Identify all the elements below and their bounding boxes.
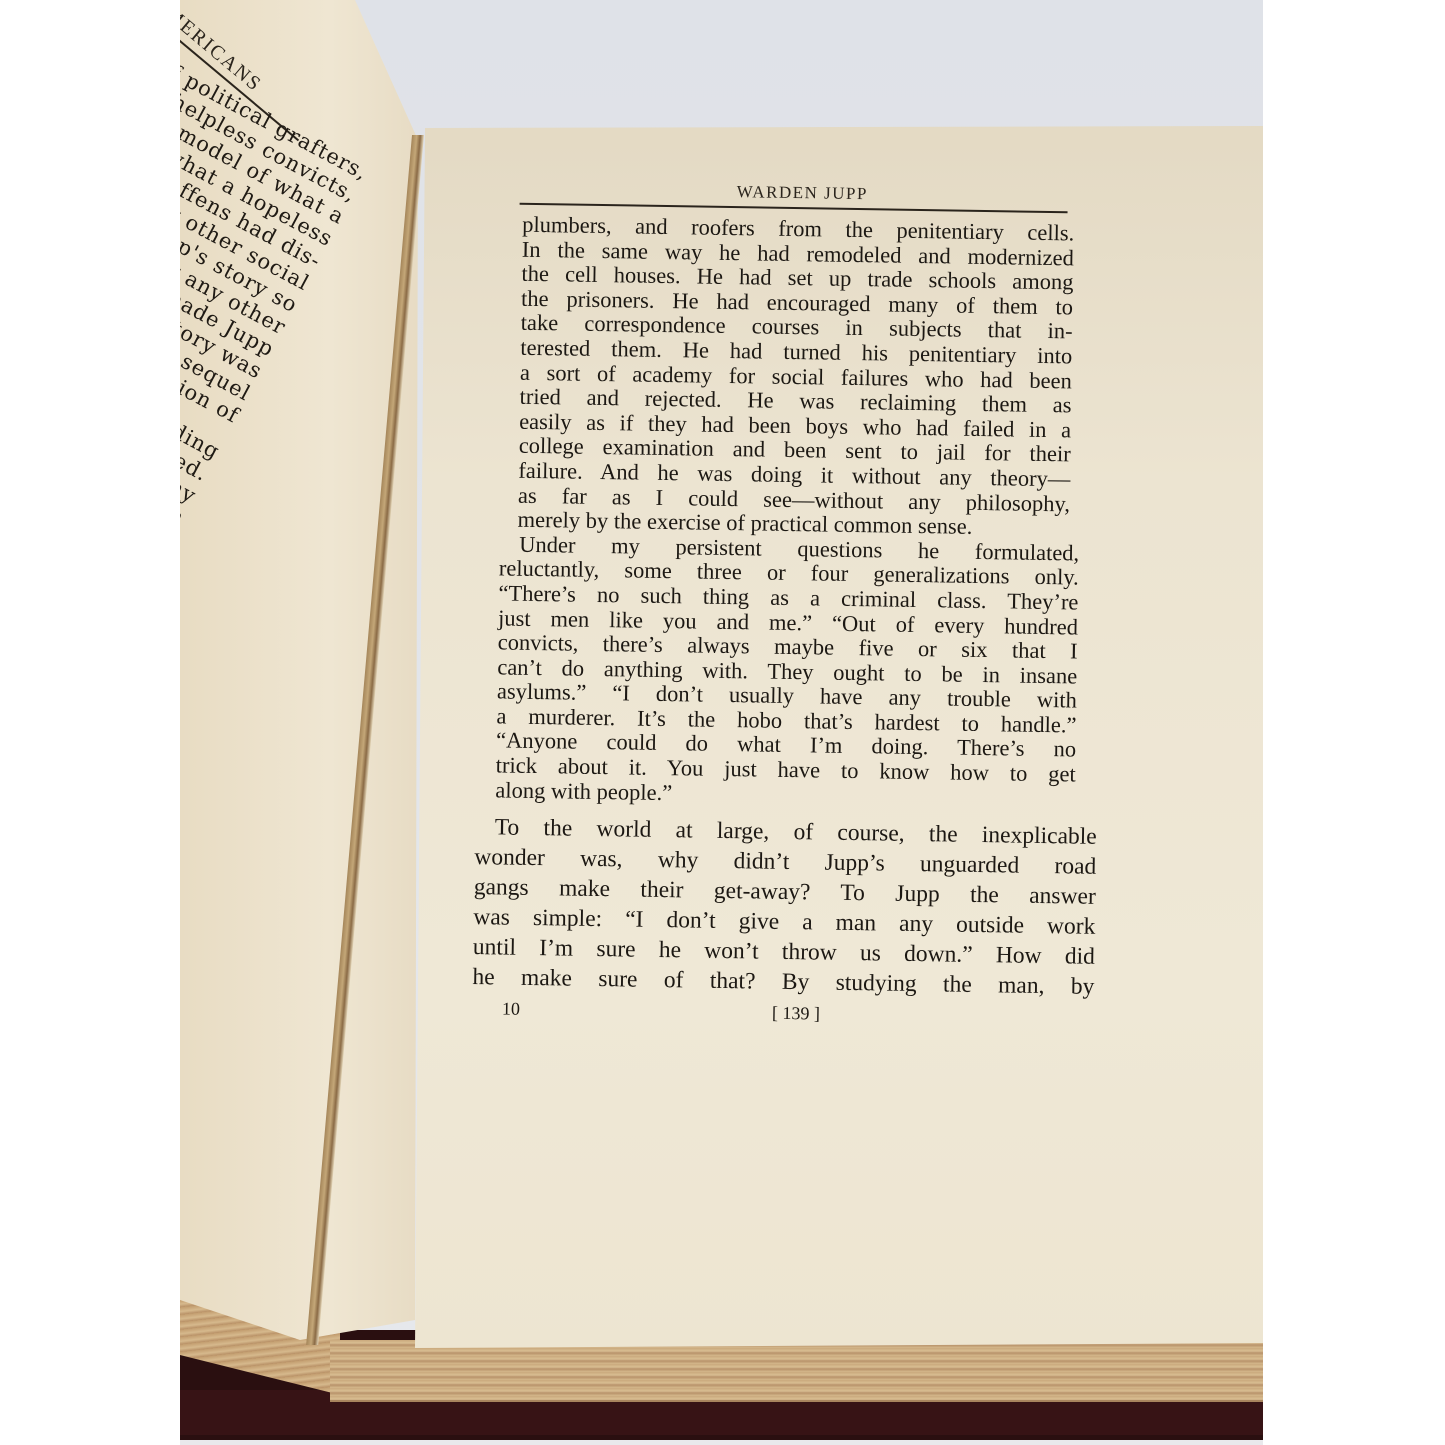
page-block-edge <box>330 1340 1263 1402</box>
left-page-text: of political grafters, he helpless convi… <box>180 4 372 818</box>
page-number: [ 139 ] <box>772 1003 820 1025</box>
right-page-content: WARDEN JUPP plumbers, and roofers from t… <box>462 178 1110 1029</box>
paragraph-1: plumbers, and roofers from the penitenti… <box>517 213 1074 541</box>
left-page: AMERICANS of political grafters, he help… <box>180 0 430 1340</box>
paragraph-2: Under my persistent questions he formula… <box>495 532 1079 812</box>
book-photo: AMERICANS of political grafters, he help… <box>180 0 1263 1445</box>
paragraph-3: To the world at large, of course, the in… <box>472 812 1097 1002</box>
signature-mark: 10 <box>502 999 772 1024</box>
